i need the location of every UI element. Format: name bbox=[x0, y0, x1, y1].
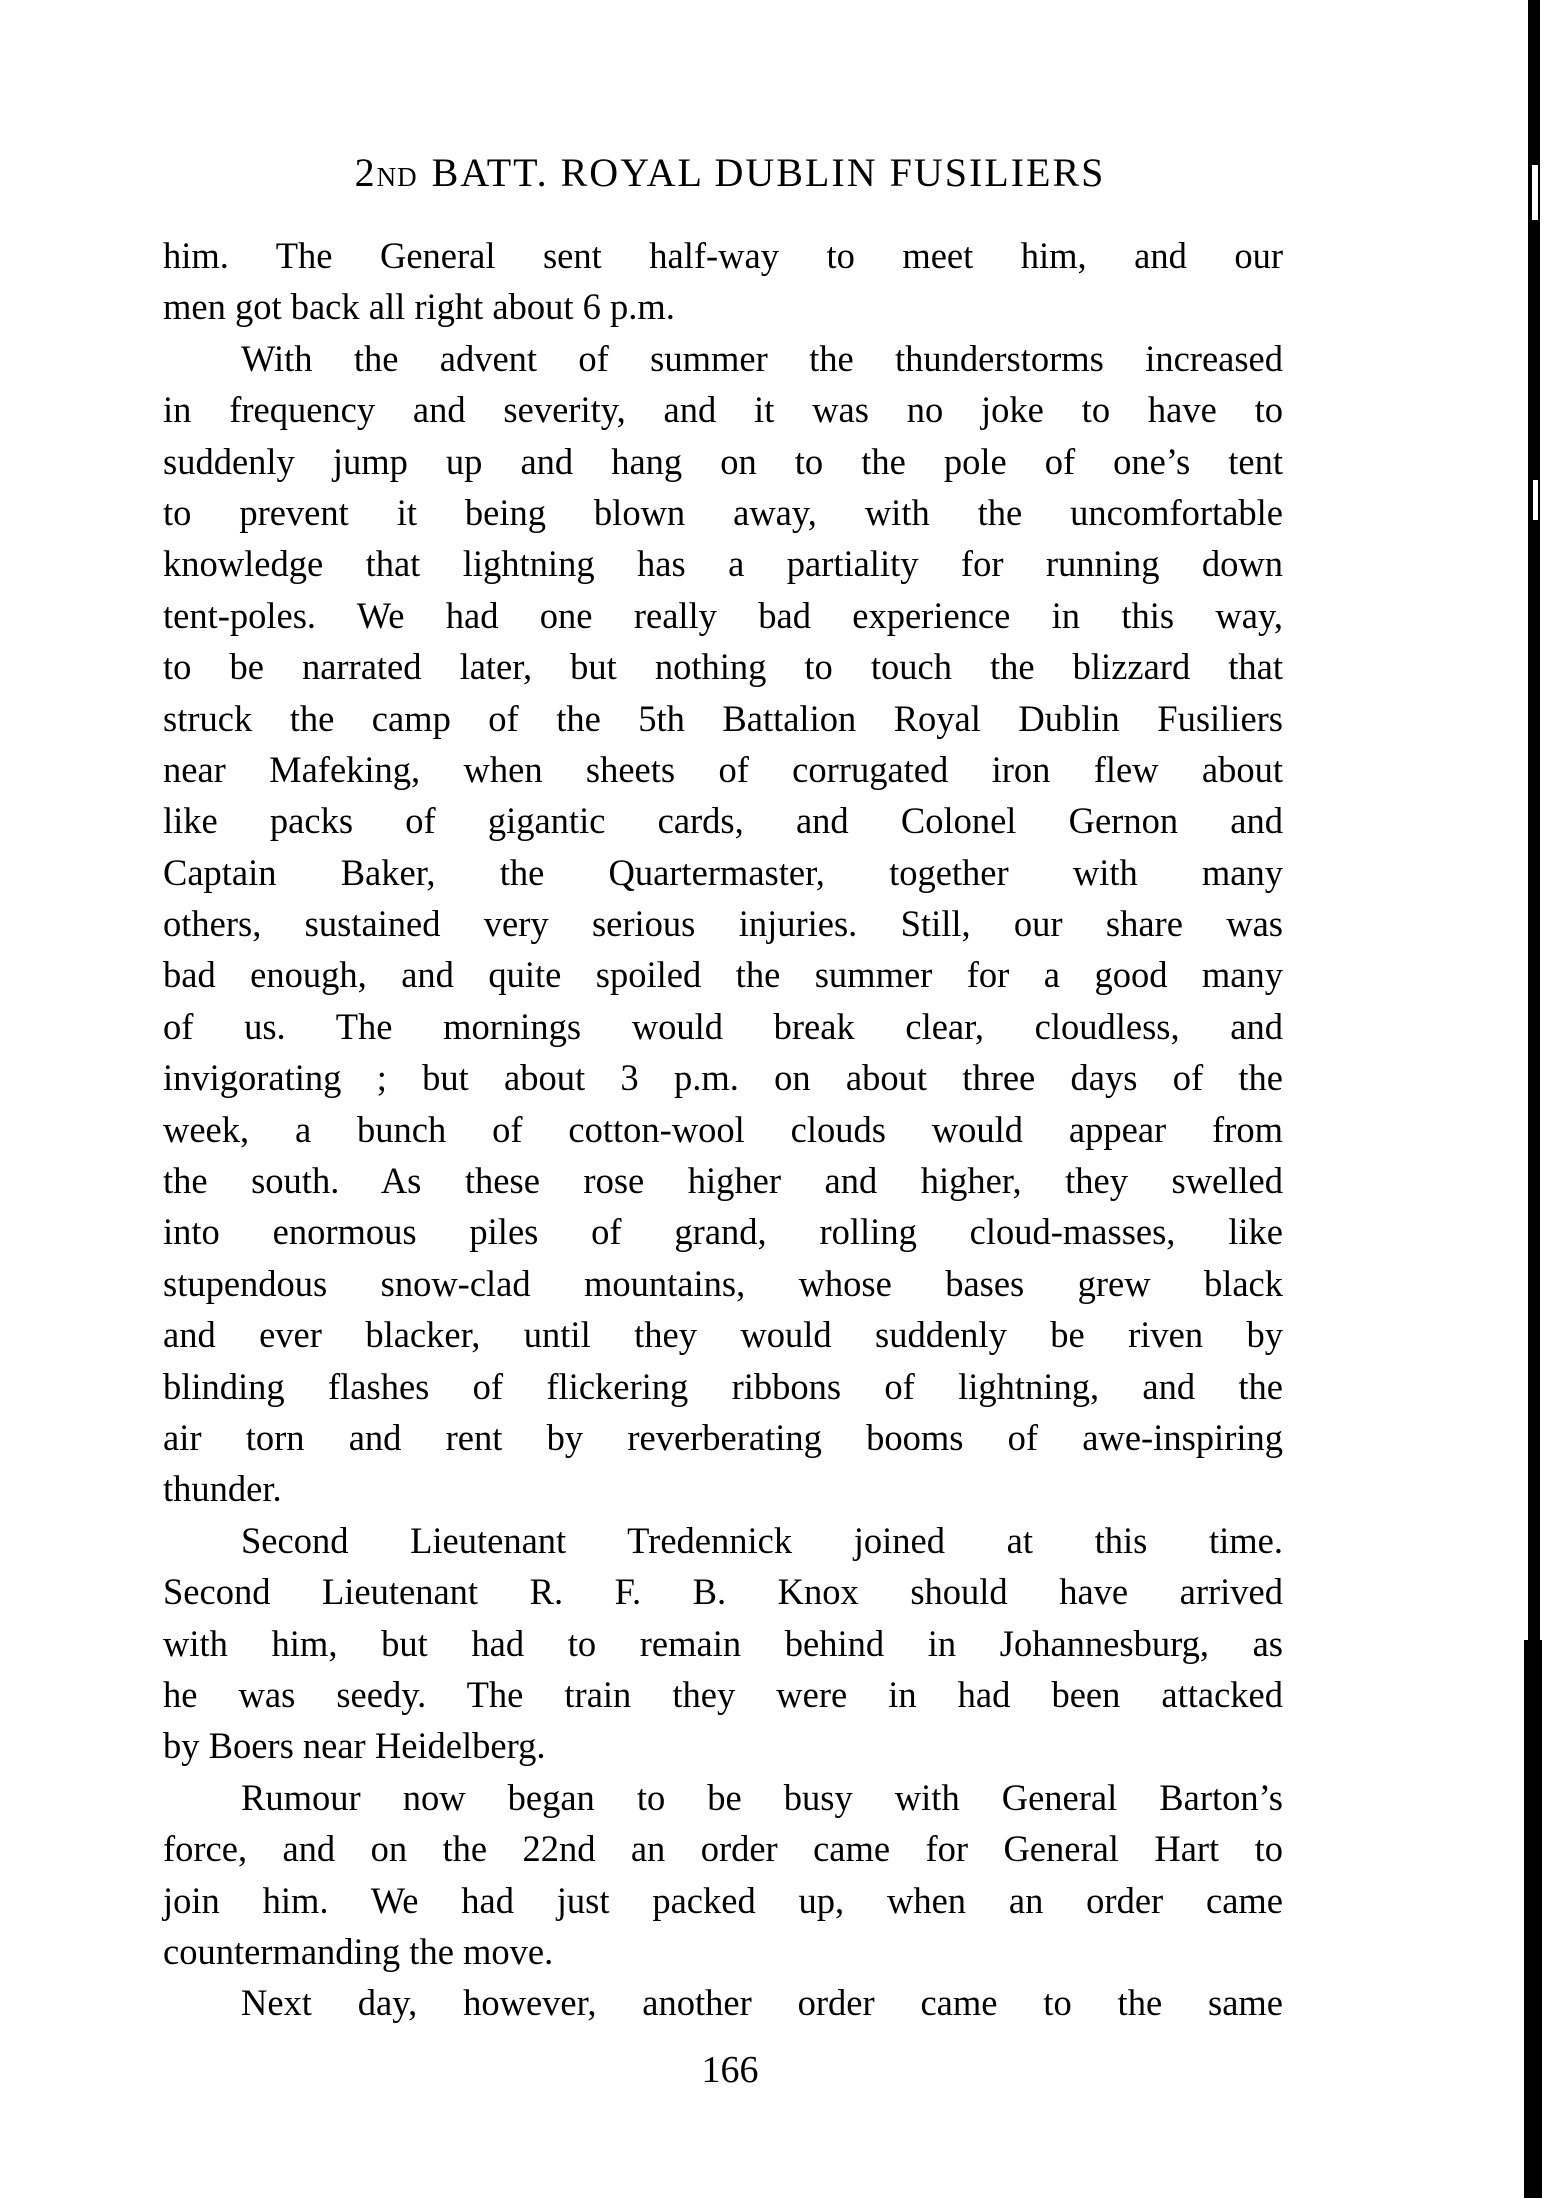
text-line: suddenly jump up and hang on to the pole… bbox=[163, 436, 1283, 487]
body-text: him. The General sent half-way to meet h… bbox=[163, 230, 1283, 2029]
text-line: Next day, however, another order came to… bbox=[163, 1977, 1283, 2028]
text-line: by Boers near Heidelberg. bbox=[163, 1720, 1283, 1771]
text-line: struck the camp of the 5th Battalion Roy… bbox=[163, 693, 1283, 744]
text-line: invigorating ; but about 3 p.m. on about… bbox=[163, 1052, 1283, 1103]
text-line: like packs of gigantic cards, and Colone… bbox=[163, 795, 1283, 846]
text-line: With the advent of summer the thundersto… bbox=[163, 333, 1283, 384]
text-line: to prevent it being blown away, with the… bbox=[163, 487, 1283, 538]
text-line: thunder. bbox=[163, 1463, 1283, 1514]
text-line: he was seedy. The train they were in had… bbox=[163, 1669, 1283, 1720]
page-edge-gap bbox=[1533, 480, 1538, 520]
text-line: with him, but had to remain behind in Jo… bbox=[163, 1618, 1283, 1669]
running-head-ordinal-number: 2 bbox=[355, 150, 377, 195]
running-head: 2NDBATT. ROYAL DUBLIN FUSILIERS bbox=[160, 148, 1300, 202]
text-line: others, sustained very serious injuries.… bbox=[163, 898, 1283, 949]
running-head-ordinal-suffix: ND bbox=[377, 162, 418, 192]
text-line: in frequency and severity, and it was no… bbox=[163, 384, 1283, 435]
text-line: stupendous snow-clad mountains, whose ba… bbox=[163, 1258, 1283, 1309]
text-line: join him. We had just packed up, when an… bbox=[163, 1875, 1283, 1926]
book-page: 2NDBATT. ROYAL DUBLIN FUSILIERS him. The… bbox=[0, 0, 1560, 2198]
text-line: week, a bunch of cotton-wool clouds woul… bbox=[163, 1104, 1283, 1155]
text-line: knowledge that lightning has a partialit… bbox=[163, 538, 1283, 589]
text-line: to be narrated later, but nothing to tou… bbox=[163, 641, 1283, 692]
text-line: Rumour now began to be busy with General… bbox=[163, 1772, 1283, 1823]
text-line: of us. The mornings would break clear, c… bbox=[163, 1001, 1283, 1052]
running-head-title: BATT. ROYAL DUBLIN FUSILIERS bbox=[432, 150, 1106, 195]
text-line: bad enough, and quite spoiled the summer… bbox=[163, 949, 1283, 1000]
text-line: and ever blacker, until they would sudde… bbox=[163, 1309, 1283, 1360]
text-line: the south. As these rose higher and high… bbox=[163, 1155, 1283, 1206]
text-line: force, and on the 22nd an order came for… bbox=[163, 1823, 1283, 1874]
text-line: Second Lieutenant Tredennick joined at t… bbox=[163, 1515, 1283, 1566]
text-line: him. The General sent half-way to meet h… bbox=[163, 230, 1283, 281]
page-edge-gap bbox=[1532, 165, 1538, 220]
text-line: Captain Baker, the Quartermaster, togeth… bbox=[163, 847, 1283, 898]
text-line: blinding flashes of flickering ribbons o… bbox=[163, 1361, 1283, 1412]
text-line: into enormous piles of grand, rolling cl… bbox=[163, 1206, 1283, 1257]
text-line: air torn and rent by reverberating booms… bbox=[163, 1412, 1283, 1463]
text-line: men got back all right about 6 p.m. bbox=[163, 281, 1283, 332]
page-edge-shadow-lower bbox=[1524, 1640, 1542, 2198]
text-line: Second Lieutenant R. F. B. Knox should h… bbox=[163, 1566, 1283, 1617]
text-line: countermanding the move. bbox=[163, 1926, 1283, 1977]
text-line: near Mafeking, when sheets of corrugated… bbox=[163, 744, 1283, 795]
text-line: tent-poles. We had one really bad experi… bbox=[163, 590, 1283, 641]
page-number: 166 bbox=[0, 2045, 1460, 2095]
